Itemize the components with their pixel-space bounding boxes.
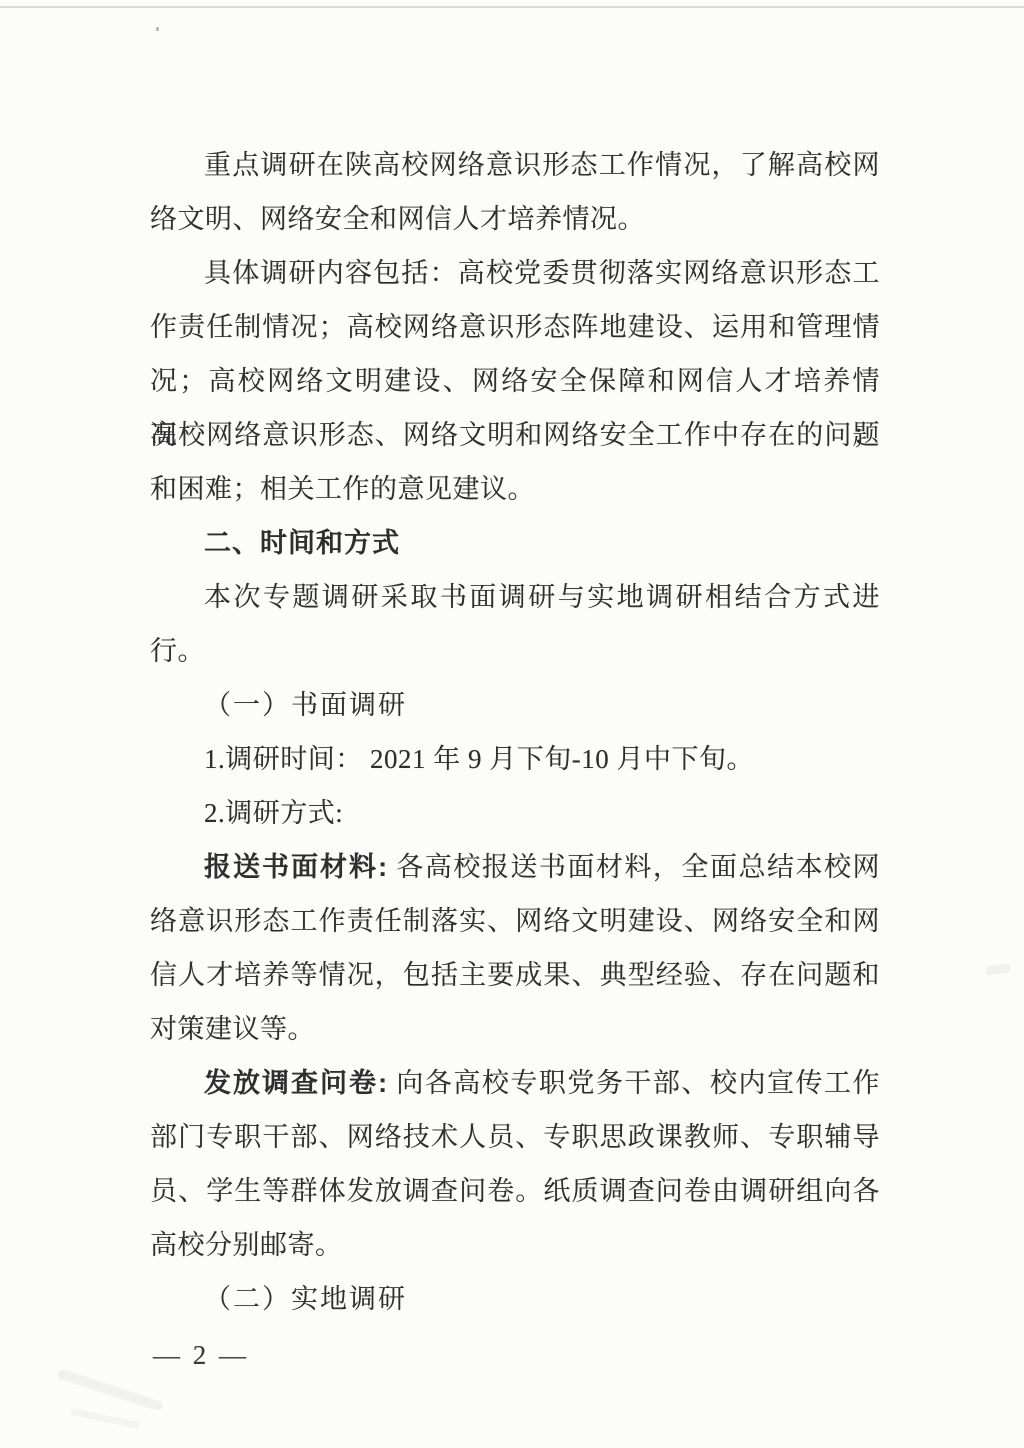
paragraph-7-line-1-rest: 向各高校专职党务干部、校内宣传工作 [388,1068,880,1098]
paragraph-2-line-4: 高校网络意识形态、网络文明和网络安全工作中存在的问题 [150,408,880,462]
paragraph-1-line-2: 络文明、网络安全和网信人才培养情况。 [150,192,880,246]
paragraph-6-line-4: 对策建议等。 [150,1002,880,1056]
scan-smudge-bottom-left-2 [70,1408,140,1429]
scanned-document-page: 重点调研在陕高校网络意识形态工作情况，了解高校网 络文明、网络安全和网信人才培养… [0,0,1024,1448]
bold-label-questionnaire: 发放调查问卷: [204,1068,388,1098]
page-number: — 2 — [153,1340,246,1371]
paragraph-7-line-2: 部门专职干部、网络技术人员、专职思政课教师、专职辅导 [150,1110,880,1164]
paragraph-2-line-1: 具体调研内容包括：高校党委贯彻落实网络意识形态工 [150,246,880,300]
paragraph-1-line-1: 重点调研在陕高校网络意识形态工作情况，了解高校网 [150,138,880,192]
scan-speck [156,27,159,31]
scan-smudge-bottom-left [56,1368,164,1412]
paragraph-2-line-5: 和困难；相关工作的意见建议。 [150,462,880,516]
paragraph-7-line-3: 员、学生等群体发放调查问卷。纸质调查问卷由调研组向各 [150,1164,880,1218]
section-heading-2: 二、时间和方式 [150,516,880,570]
item-1-survey-time: 1.调研时间： 2021 年 9 月下旬-10 月中下旬。 [150,732,880,786]
subsection-heading-1: （一）书面调研 [150,678,880,732]
paragraph-3-line-1: 本次专题调研采取书面调研与实地调研相结合方式进 [150,570,880,624]
scan-edge-artifact [0,6,1024,8]
paragraph-7-line-4: 高校分别邮寄。 [150,1218,880,1272]
subsection-heading-2: （二）实地调研 [150,1272,880,1326]
paragraph-6-line-2: 络意识形态工作责任制落实、网络文明建设、网络安全和网 [150,894,880,948]
paragraph-6-line-1-rest: 各高校报送书面材料，全面总结本校网 [388,852,880,882]
paragraph-3-line-2: 行。 [150,624,880,678]
paragraph-6-line-3: 信人才培养等情况，包括主要成果、典型经验、存在问题和 [150,948,880,1002]
item-2-survey-method: 2.调研方式: [150,786,880,840]
paragraph-2-line-3: 况；高校网络文明建设、网络安全保障和网信人才培养情况； [150,354,880,408]
scan-smudge-right [984,963,1011,976]
paragraph-2-line-2: 作责任制情况；高校网络意识形态阵地建设、运用和管理情 [150,300,880,354]
paragraph-7-line-1: 发放调查问卷: 向各高校专职党务干部、校内宣传工作 [150,1056,880,1110]
bold-label-written-materials: 报送书面材料: [204,852,388,882]
document-body: 重点调研在陕高校网络意识形态工作情况，了解高校网 络文明、网络安全和网信人才培养… [150,138,880,1326]
paragraph-6-line-1: 报送书面材料: 各高校报送书面材料，全面总结本校网 [150,840,880,894]
